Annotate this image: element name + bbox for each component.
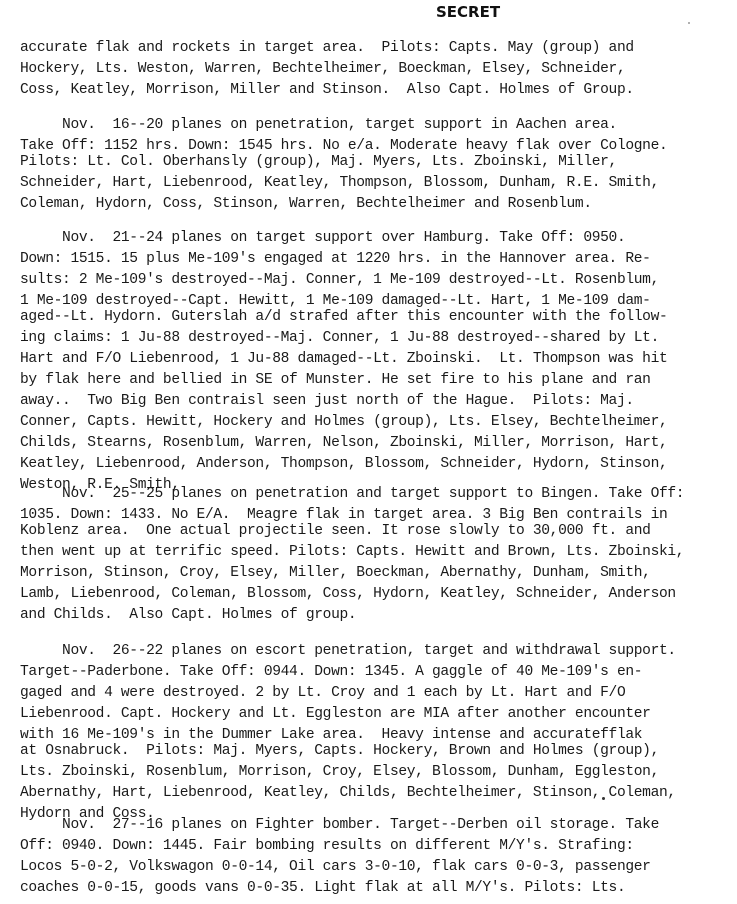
text-line: Off: 0940. Down: 1445. Fair bombing resu… [20,836,725,857]
speck-mark [688,22,690,24]
text-line: Hockery, Lts. Weston, Warren, Bechtelhei… [20,59,725,80]
text-line: aged--Lt. Hydorn. Guterslah a/d strafed … [20,307,725,328]
text-line: and Childs. Also Capt. Holmes of group. [20,605,725,626]
text-line: away.. Two Big Ben contraisl seen just n… [20,391,725,412]
text-line: 1 Me-109 destroyed--Capt. Hewitt, 1 Me-1… [20,291,725,307]
text-line: Nov. 16--20 planes on penetration, targe… [20,115,725,136]
classification-header: SECRET [436,3,500,21]
paragraph-continuation: accurate flak and rockets in target area… [20,38,725,101]
text-line: sults: 2 Me-109's destroyed--Maj. Conner… [20,270,725,291]
text-line: Lamb, Liebenrood, Coleman, Blossom, Coss… [20,584,725,605]
text-line: Pilots: Lt. Col. Oberhansly (group), Maj… [20,152,725,173]
text-line: Koblenz area. One actual projectile seen… [20,521,725,542]
text-line: Schneider, Hart, Liebenrood, Keatley, Th… [20,173,725,194]
paragraph-nov-16: Nov. 16--20 planes on penetration, targe… [20,115,725,215]
text-line: Coleman, Hydorn, Coss, Stinson, Warren, … [20,194,725,215]
text-line: Target--Paderbone. Take Off: 0944. Down:… [20,662,725,683]
text-line: Coss, Keatley, Morrison, Miller and Stin… [20,80,725,101]
paragraph-nov-21: Nov. 21--24 planes on target support ove… [20,228,725,496]
text-line: Liebenrood. Capt. Hockery and Lt. Eggles… [20,704,725,725]
text-line: gaged and 4 were destroyed. 2 by Lt. Cro… [20,683,725,704]
text-line: Abernathy, Hart, Liebenrood, Keatley, Ch… [20,783,725,804]
text-line: Take Off: 1152 hrs. Down: 1545 hrs. No e… [20,136,725,152]
text-line: Nov. 25--25 planes on penetration and ta… [20,484,725,505]
text-line: Nov. 27--16 planes on Fighter bomber. Ta… [20,815,725,836]
text-line: Childs, Stearns, Rosenblum, Warren, Nels… [20,433,725,454]
text-line: Morrison, Stinson, Croy, Elsey, Miller, … [20,563,725,584]
text-line: ing claims: 1 Ju-88 destroyed--Maj. Conn… [20,328,725,349]
paragraph-nov-25: Nov. 25--25 planes on penetration and ta… [20,484,725,626]
text-line: Down: 1515. 15 plus Me-109's engaged at … [20,249,725,270]
text-line: with 16 Me-109's in the Dummer Lake area… [20,725,725,741]
text-line: by flak here and bellied in SE of Munste… [20,370,725,391]
paragraph-nov-26: Nov. 26--22 planes on escort penetration… [20,641,725,825]
text-line: Nov. 21--24 planes on target support ove… [20,228,725,249]
text-line: Nov. 26--22 planes on escort penetration… [20,641,725,662]
text-line: coaches 0-0-15, goods vans 0-0-35. Light… [20,878,725,899]
speck-mark [602,797,605,800]
text-line: accurate flak and rockets in target area… [20,38,725,59]
text-line: then went up at terrific speed. Pilots: … [20,542,725,563]
text-line: Lts. Zboinski, Rosenblum, Morrison, Croy… [20,762,725,783]
text-line: Conner, Capts. Hewitt, Hockery and Holme… [20,412,725,433]
text-line: Keatley, Liebenrood, Anderson, Thompson,… [20,454,725,475]
text-line: at Osnabruck. Pilots: Maj. Myers, Capts.… [20,741,725,762]
text-line: 1035. Down: 1433. No E/A. Meagre flak in… [20,505,725,521]
paragraph-nov-27: Nov. 27--16 planes on Fighter bomber. Ta… [20,815,725,899]
text-line: Locos 5-0-2, Volkswagon 0-0-14, Oil cars… [20,857,725,878]
text-line: Hart and F/O Liebenrood, 1 Ju-88 damaged… [20,349,725,370]
